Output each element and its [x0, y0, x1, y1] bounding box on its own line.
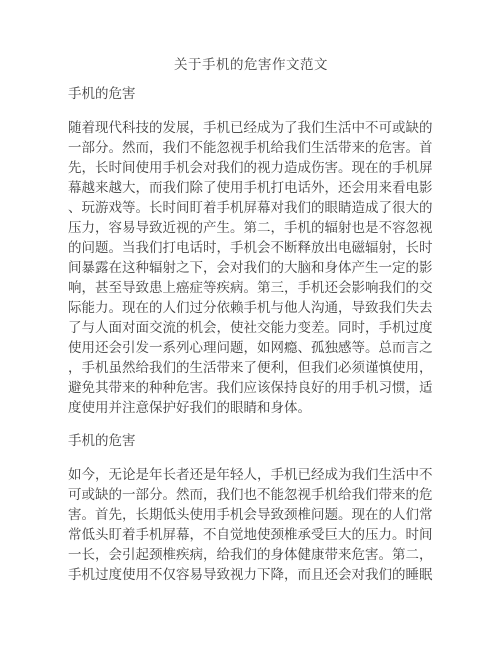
essay-section-2: 手机的危害 如今，无论是年长者还是年轻人，手机已经成为我们生活中不可或缺的一部分…	[68, 431, 434, 585]
section-heading: 手机的危害	[68, 431, 434, 451]
section-heading: 手机的危害	[68, 84, 434, 104]
section-body: 如今，无论是年长者还是年轻人，手机已经成为我们生活中不可或缺的一部分。然而，我们…	[68, 465, 434, 585]
document-title: 关于手机的危害作文范文	[68, 55, 434, 75]
essay-section-1: 手机的危害 随着现代科技的发展，手机已经成为了我们生活中不可或缺的一部分。然而，…	[68, 84, 434, 418]
section-body: 随着现代科技的发展，手机已经成为了我们生活中不可或缺的一部分。然而，我们不能忽视…	[68, 118, 434, 418]
document-page: 关于手机的危害作文范文 手机的危害 随着现代科技的发展，手机已经成为了我们生活中…	[0, 0, 500, 647]
